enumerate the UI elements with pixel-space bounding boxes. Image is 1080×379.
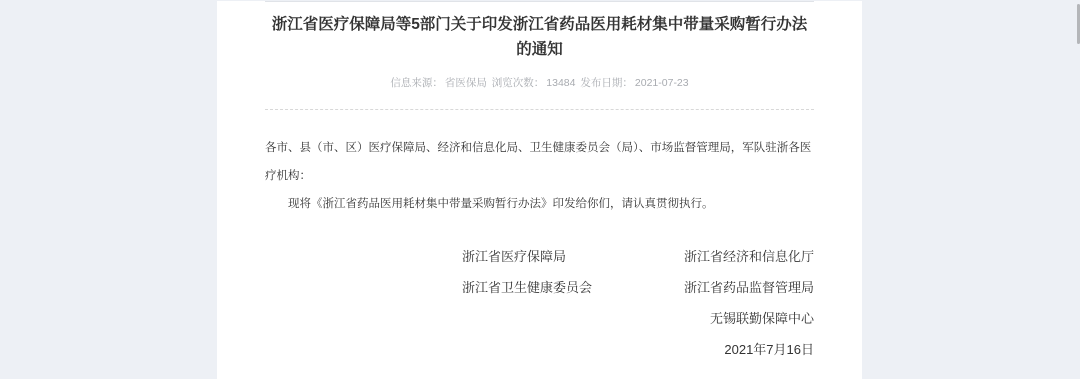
signature-row: 无锡联勤保障中心 (265, 302, 814, 333)
dashed-divider (265, 109, 814, 110)
signature-left: 浙江省卫生健康委员会 (462, 277, 592, 296)
meta-date-label: 发布日期： (580, 77, 633, 89)
meta-views-label: 浏览次数： (492, 77, 545, 89)
signature-row: 浙江省医疗保障局 浙江省经济和信息化厅 (265, 240, 814, 271)
signature-block: 浙江省医疗保障局 浙江省经济和信息化厅 浙江省卫生健康委员会 浙江省药品监督管理… (265, 240, 814, 364)
top-divider (265, 1, 814, 2)
signature-right: 浙江省药品监督管理局 (684, 277, 814, 296)
meta-views-value: 13484 (546, 77, 575, 89)
article-meta: 信息来源：省医保局 浏览次数：13484 发布日期：2021-07-23 (265, 76, 814, 90)
signature-right: 浙江省经济和信息化厅 (684, 246, 814, 265)
article-panel: 浙江省医疗保障局等5部门关于印发浙江省药品医用耗材集中带量采购暂行办法的通知 信… (217, 1, 862, 379)
signature-date-row: 2021年7月16日 (265, 333, 814, 364)
article-title: 浙江省医疗保障局等5部门关于印发浙江省药品医用耗材集中带量采购暂行办法的通知 (265, 12, 814, 62)
meta-source-value: 省医保局 (445, 77, 487, 89)
salutation-paragraph: 各市、县（市、区）医疗保障局、经济和信息化局、卫生健康委员会（局）、市场监督管理… (265, 134, 814, 190)
signature-date: 2021年7月16日 (724, 339, 814, 358)
article-body: 各市、县（市、区）医疗保障局、经济和信息化局、卫生健康委员会（局）、市场监督管理… (265, 134, 814, 218)
signature-right: 无锡联勤保障中心 (710, 308, 814, 327)
signature-left: 浙江省医疗保障局 (462, 246, 566, 265)
body-paragraph: 现将《浙江省药品医用耗材集中带量采购暂行办法》印发给你们，请认真贯彻执行。 (265, 190, 814, 218)
meta-date-value: 2021-07-23 (635, 77, 689, 89)
signature-row: 浙江省卫生健康委员会 浙江省药品监督管理局 (265, 271, 814, 302)
meta-source-label: 信息来源： (390, 77, 443, 89)
